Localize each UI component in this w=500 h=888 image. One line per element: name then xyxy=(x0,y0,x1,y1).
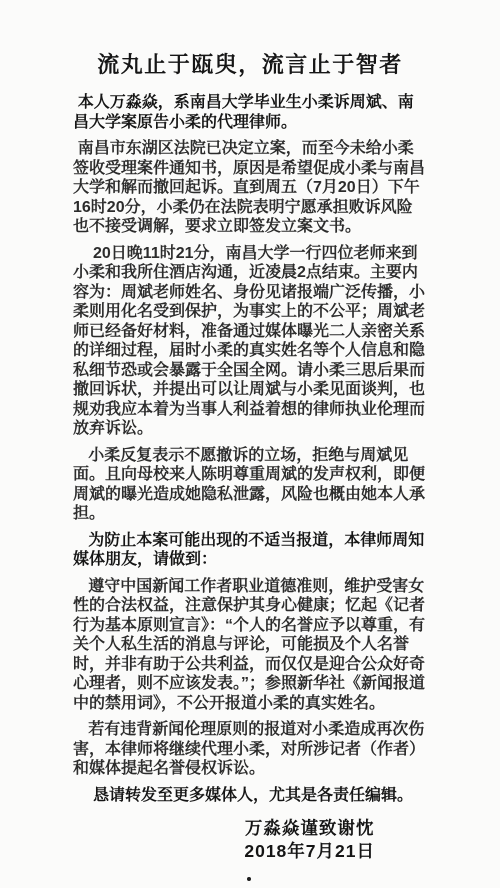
letter-title: 流丸止于瓯臾，流言止于智者 xyxy=(73,48,427,79)
signature-date: 2018年7月21日 xyxy=(244,840,375,863)
signature-block: 万淼焱谨致谢忱 2018年7月21日 xyxy=(244,817,375,863)
letter-page: 流丸止于瓯臾，流言止于智者 本人万淼焱，系南昌大学毕业生小柔诉周斌、南昌大学案原… xyxy=(0,0,500,888)
paragraph-hotel-meeting: 20日晚11时21分，南昌大学一行四位老师来到小柔和我所住酒店沟通，近凌晨2点结… xyxy=(73,244,427,439)
paragraph-lawyer-intro: 本人万淼焱，系南昌大学毕业生小柔诉周斌、南昌大学案原告小柔的代理律师。 xyxy=(73,93,427,132)
ink-speck xyxy=(247,877,251,881)
paragraph-forward-request: 恳请转发至更多媒体人，尤其是各责任编辑。 xyxy=(73,786,427,806)
letter-content: 流丸止于瓯臾，流言止于智者 本人万淼焱，系南昌大学毕业生小柔诉周斌、南昌大学案原… xyxy=(0,0,500,863)
paragraph-media-notice: 为防止本案可能出现的不适当报道，本律师周知媒体朋友，请做到： xyxy=(73,531,427,570)
signature-name: 万淼焱谨致谢忱 xyxy=(244,817,375,840)
paragraph-legal-warning: 若有违背新闻伦理原则的报道对小柔造成再次伤害，本律师将继续代理小柔，对所涉记者（… xyxy=(73,720,427,779)
paragraph-client-position: 小柔反复表示不愿撤诉的立场，拒绝与周斌见面。且向母校来人陈明尊重周斌的发声权利，… xyxy=(73,446,427,524)
paragraph-press-ethics: 遵守中国新闻工作者职业道德准则，维护受害女性的合法权益，注意保护其身心健康；忆起… xyxy=(73,577,427,714)
paragraph-court-filing: 南昌市东湖区法院已决定立案，而至今未给小柔签收受理案件通知书，原因是希望促成小柔… xyxy=(73,139,427,237)
